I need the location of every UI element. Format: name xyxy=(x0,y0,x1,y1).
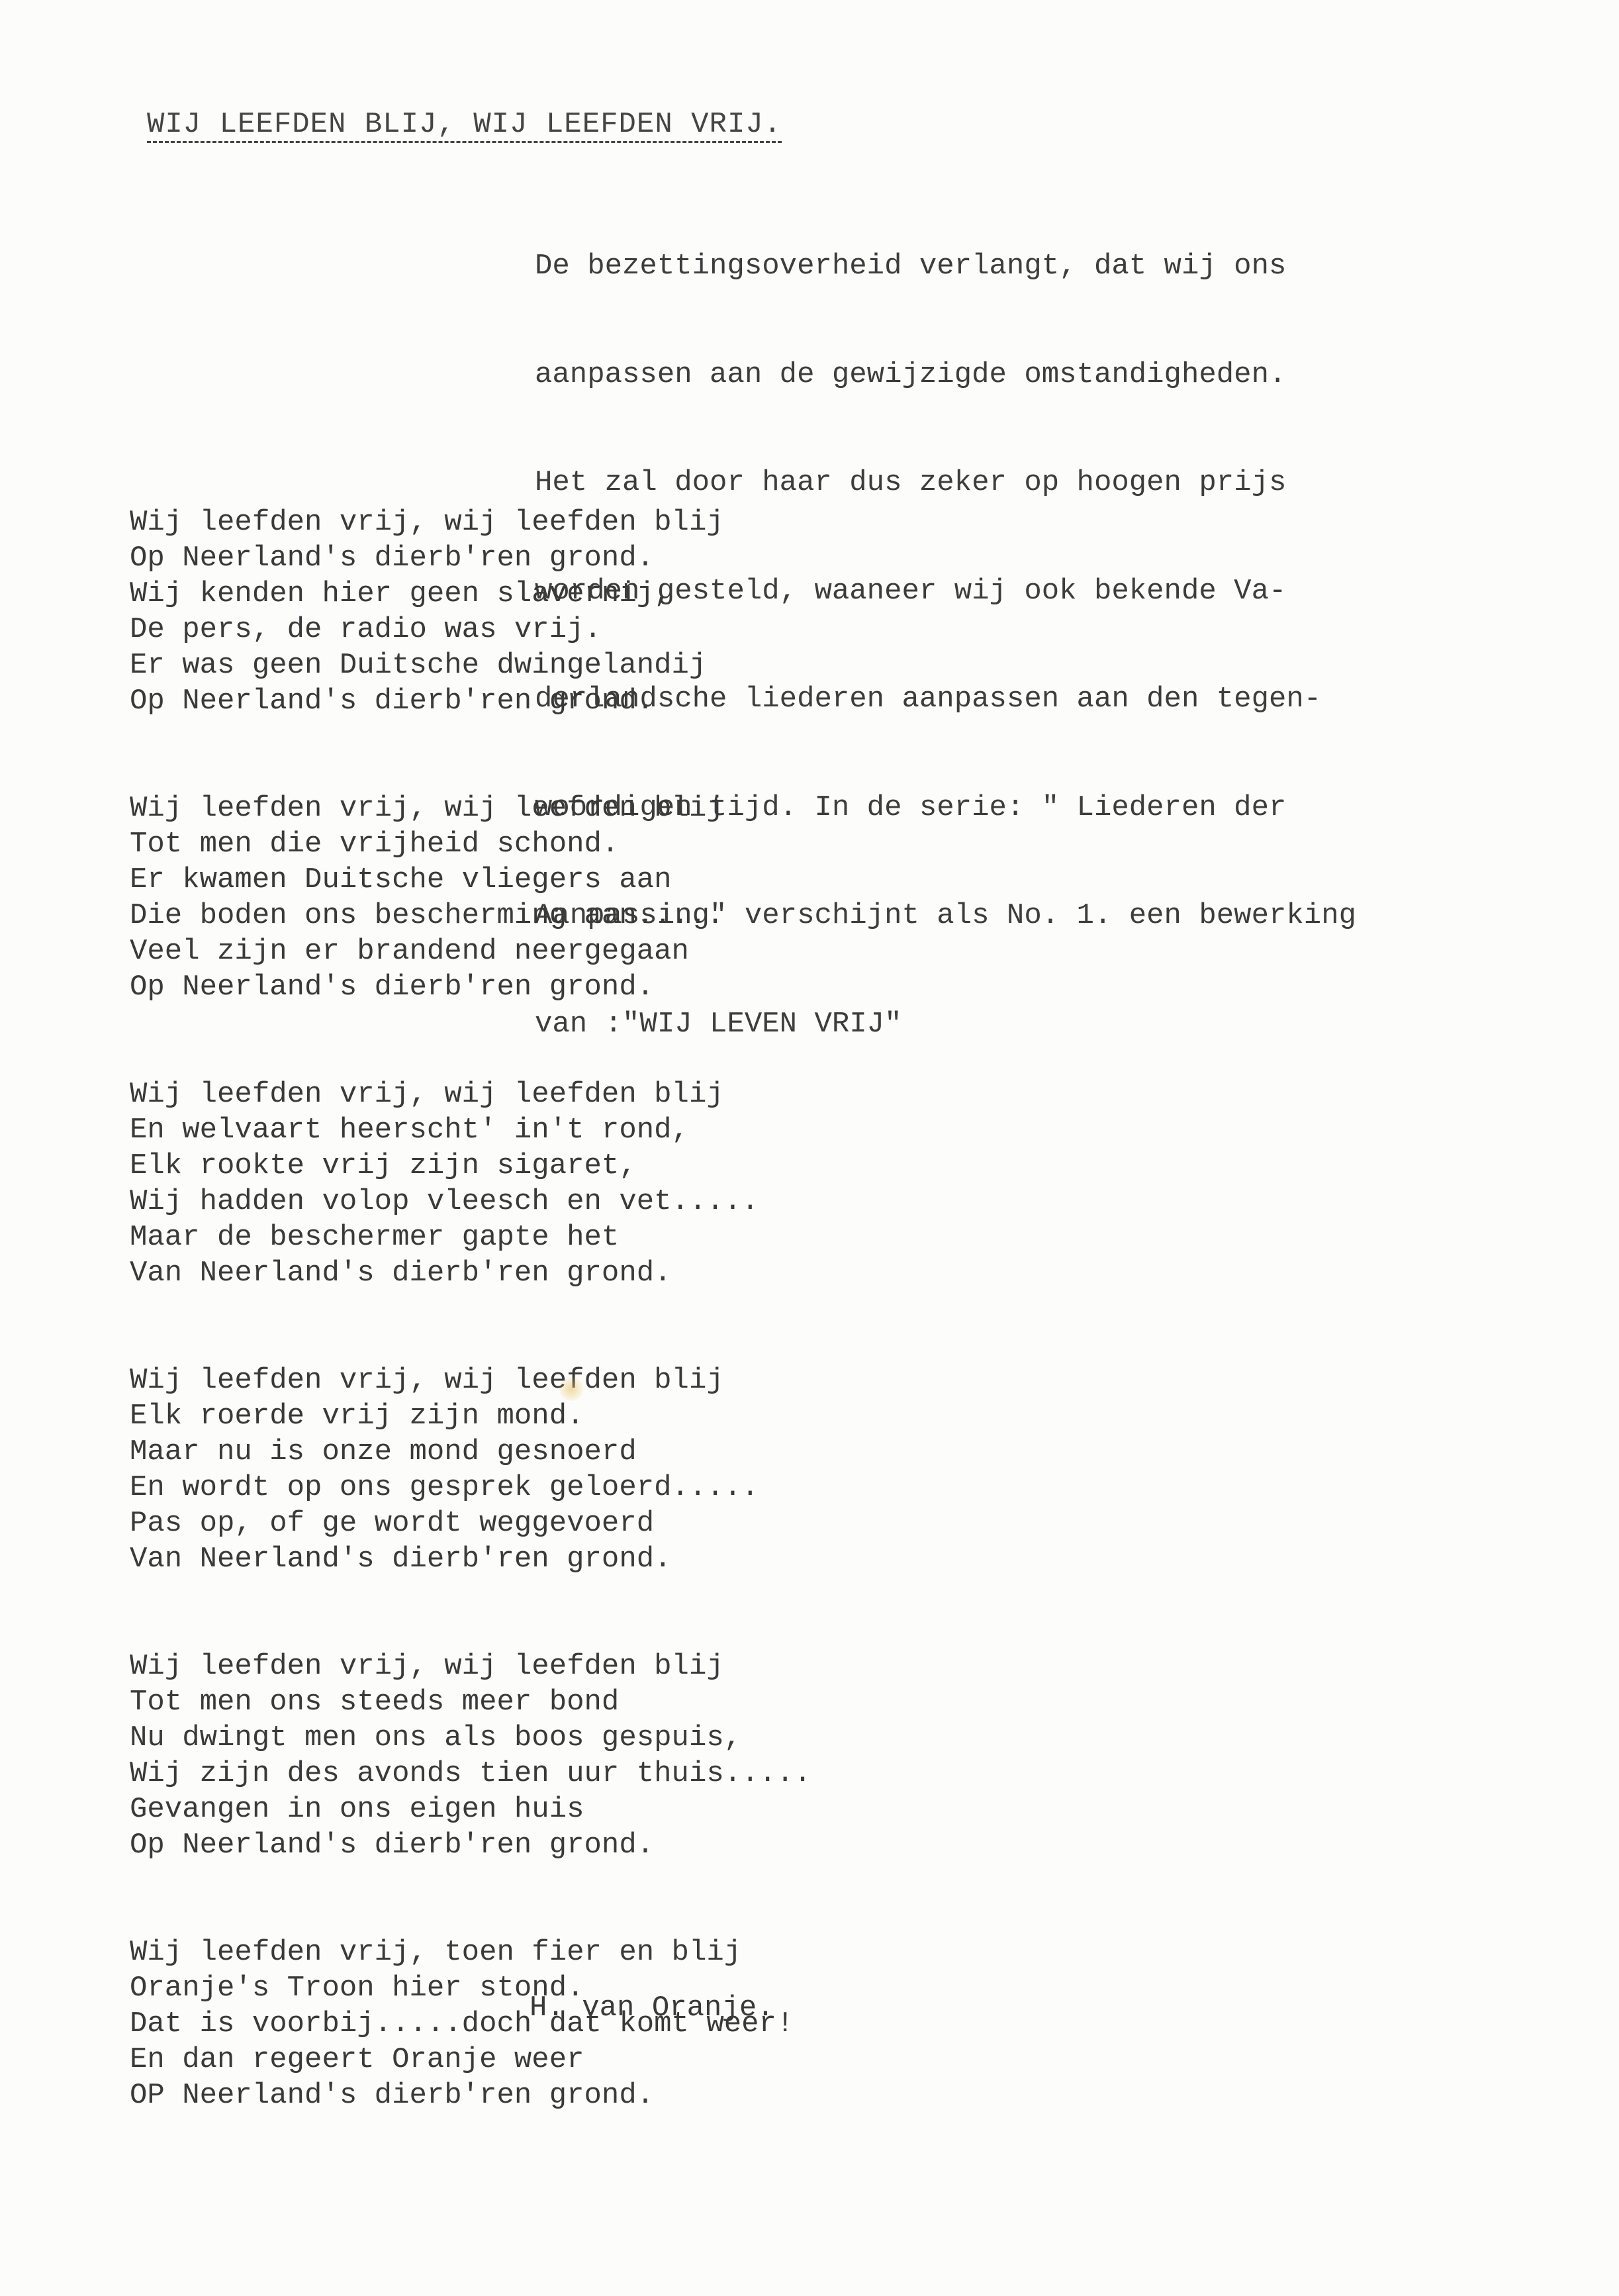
poem-line: Wij leefden vrij, wij leefden blij xyxy=(130,1076,811,1112)
poem-line: Wij leefden vrij, wij leefden blij xyxy=(130,1363,811,1398)
poem-line: Op Neerland's dierb'ren grond. xyxy=(130,683,811,719)
document-title: WIJ LEEFDEN BLIJ, WIJ LEEFDEN VRIJ. xyxy=(147,108,782,141)
poem-line: Wij zijn des avonds tien uur thuis..... xyxy=(130,1756,811,1792)
poem-line: Wij leefden vrij, toen fier en blij xyxy=(130,1935,811,1970)
typewritten-page: WIJ LEEFDEN BLIJ, WIJ LEEFDEN VRIJ. De b… xyxy=(0,0,1619,2296)
poem-line: Op Neerland's dierb'ren grond. xyxy=(130,540,811,576)
poem-line: Gevangen in ons eigen huis xyxy=(130,1792,811,1827)
poem-body: Wij leefden vrij, wij leefden blij Op Ne… xyxy=(130,504,811,2185)
poem-line: Wij kenden hier geen slavernij, xyxy=(130,576,811,612)
intro-line: Het zal door haar dus zeker op hoogen pr… xyxy=(535,465,1356,501)
poem-line: En dan regeert Oranje weer xyxy=(130,2042,811,2078)
poem-line: Maar de beschermer gapte het xyxy=(130,1220,811,1255)
poem-line: Op Neerland's dierb'ren grond. xyxy=(130,1827,811,1863)
poem-line: Er was geen Duitsche dwingelandij xyxy=(130,647,811,683)
poem-line: Veel zijn er brandend neergegaan xyxy=(130,933,811,969)
poem-line: Er kwamen Duitsche vliegers aan xyxy=(130,862,811,898)
poem-line: Wij leefden vrij, wij leefden blij xyxy=(130,790,811,826)
intro-line: De bezettingsoverheid verlangt, dat wij … xyxy=(535,248,1356,285)
poem-line: Maar nu is onze mond gesnoerd xyxy=(130,1434,811,1470)
paper-stain xyxy=(559,1377,583,1401)
author-signature: H. van Oranje. xyxy=(530,1991,774,2025)
stanza-3: Wij leefden vrij, wij leefden blij En we… xyxy=(130,1076,811,1291)
intro-line: aanpassen aan de gewijzigde omstandighed… xyxy=(535,357,1356,393)
poem-line: Wij leefden vrij, wij leefden blij xyxy=(130,1649,811,1684)
poem-line: En wordt op ons gesprek geloerd..... xyxy=(130,1470,811,1506)
stanza-1: Wij leefden vrij, wij leefden blij Op Ne… xyxy=(130,504,811,719)
poem-line: Van Neerland's dierb'ren grond. xyxy=(130,1541,811,1577)
stanza-4: Wij leefden vrij, wij leefden blij Elk r… xyxy=(130,1363,811,1577)
stanza-2: Wij leefden vrij, wij leefden blij Tot m… xyxy=(130,790,811,1005)
poem-line: Nu dwingt men ons als boos gespuis, xyxy=(130,1720,811,1756)
poem-line: Wij leefden vrij, wij leefden blij xyxy=(130,504,811,540)
poem-line: OP Neerland's dierb'ren grond. xyxy=(130,2078,811,2113)
poem-line: Op Neerland's dierb'ren grond. xyxy=(130,969,811,1005)
poem-line: Elk rookte vrij zijn sigaret, xyxy=(130,1148,811,1184)
poem-line: Elk roerde vrij zijn mond. xyxy=(130,1398,811,1434)
poem-line: Die boden ons bescherming aan..... xyxy=(130,898,811,933)
poem-line: Tot men ons steeds meer bond xyxy=(130,1684,811,1720)
poem-line: Wij hadden volop vleesch en vet..... xyxy=(130,1184,811,1220)
poem-line: En welvaart heerscht' in't rond, xyxy=(130,1112,811,1148)
poem-line: Pas op, of ge wordt weggevoerd xyxy=(130,1506,811,1541)
poem-line: Van Neerland's dierb'ren grond. xyxy=(130,1255,811,1291)
stanza-5: Wij leefden vrij, wij leefden blij Tot m… xyxy=(130,1649,811,1863)
poem-line: De pers, de radio was vrij. xyxy=(130,612,811,647)
poem-line: Tot men die vrijheid schond. xyxy=(130,826,811,862)
